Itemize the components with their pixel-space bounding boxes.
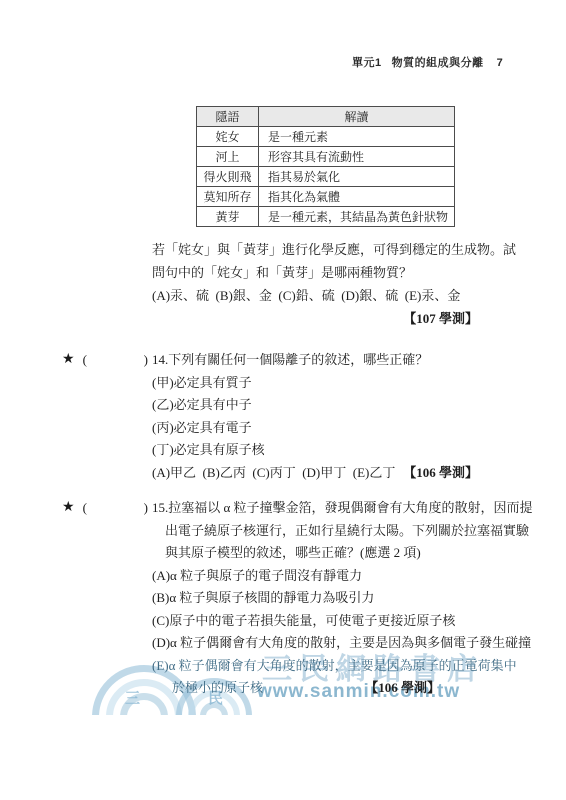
table-row: 河上 形容其具有流動性 xyxy=(197,147,455,167)
open-paren: ( xyxy=(83,349,87,372)
q15-option-c: (C)原子中的電子若損失能量，可使電子更接近原子核 xyxy=(152,610,506,633)
q15-option-e-line1: (E)α 粒子偶爾會有大角度的散射，主要是因為原子的正電荷集中 xyxy=(152,655,506,678)
table-row: 莫知所存 指其化為氣體 xyxy=(197,187,455,207)
q15-option-d: (D)α 粒子偶爾會有大角度的散射，主要是因為與多個電子發生碰撞 xyxy=(152,632,506,655)
logo-char-1b: 三 xyxy=(125,687,140,708)
star-icon: ★ xyxy=(62,497,75,520)
table-row: 得火則飛 指其易於氣化 xyxy=(197,167,455,187)
chapter-title: 物質的組成與分離 xyxy=(392,54,484,70)
open-paren: ( xyxy=(83,497,87,520)
q15-number: 15. xyxy=(152,500,168,515)
table-header-row: 隱語 解讀 xyxy=(197,107,455,127)
riddle-meaning: 是一種元素，其結晶為黃色針狀物 xyxy=(258,207,454,227)
riddle-meaning: 指其易於氣化 xyxy=(258,167,454,187)
q14-item-3: (丙)必定具有電子 xyxy=(152,417,478,440)
q14-item-4: (丁)必定具有原子核 xyxy=(152,439,478,462)
close-paren: ) xyxy=(144,497,148,520)
q14-options: (A)甲乙 (B)乙丙 (C)丙丁 (D)甲丁 (E)乙丁 xyxy=(152,462,395,485)
close-paren: ) xyxy=(144,349,148,372)
q14-number: 14. xyxy=(152,352,168,367)
q15-answer-blank: ★ ( ) xyxy=(62,497,148,520)
q15-answer-parens: ( ) xyxy=(83,497,148,520)
q13-source-tag: 【107 學測】 xyxy=(403,311,478,326)
column-header-meaning: 解讀 xyxy=(258,107,454,127)
q14-answer-parens: ( ) xyxy=(83,349,148,372)
question-15-block: 15.拉塞福以 α 粒子撞擊金箔，發現偶爾會有大角度的散射，因而提 出電子繞原子… xyxy=(152,497,506,700)
table-row: 黃芽 是一種元素，其結晶為黃色針狀物 xyxy=(197,207,455,227)
riddle-meaning: 形容其具有流動性 xyxy=(258,147,454,167)
q14-stem: 14.下列有關任何一個陽離子的敘述，哪些正確？ xyxy=(152,349,478,372)
q15-source-tag: 【106 學測】 xyxy=(365,677,440,700)
q15-stem-line1: 15.拉塞福以 α 粒子撞擊金箔，發現偶爾會有大角度的散射，因而提 xyxy=(152,497,506,520)
q15-stem-line2: 出電子繞原子核運行，正如行星繞行太陽。下列關於拉塞福實驗 xyxy=(152,520,506,543)
table-row: 姹女 是一種元素 xyxy=(197,127,455,147)
q15-option-b: (B)α 粒子與原子核間的靜電力為吸引力 xyxy=(152,587,506,610)
star-icon: ★ xyxy=(62,349,75,372)
q13-options: (A)汞、硫 (B)銀、金 (C)鉛、硫 (D)銀、硫 (E)汞、金 xyxy=(152,284,478,307)
question-13-block: 若「姹女」與「黃芽」進行化學反應，可得到穩定的生成物。試 問句中的「姹女」和「黃… xyxy=(152,238,478,330)
riddle-meaning: 指其化為氣體 xyxy=(258,187,454,207)
q15-option-a: (A)α 粒子與原子的電子間沒有靜電力 xyxy=(152,565,506,588)
q13-stem-line1: 若「姹女」與「黃芽」進行化學反應，可得到穩定的生成物。試 xyxy=(152,238,478,261)
riddle-term: 姹女 xyxy=(197,127,259,147)
book-page: 三 民 三 三民網路書店 www.sanmin.com.tw 單元1 物質的組成… xyxy=(0,0,566,800)
q15-stem-line3: 與其原子模型的敘述，哪些正確？(應選 2 項) xyxy=(152,542,506,565)
riddle-term: 黃芽 xyxy=(197,207,259,227)
riddle-table: 隱語 解讀 姹女 是一種元素 河上 形容其具有流動性 得火則飛 指其易於氣化 莫… xyxy=(196,106,455,227)
page-number: 7 xyxy=(497,57,504,69)
column-header-riddle: 隱語 xyxy=(197,107,259,127)
unit-label: 單元1 xyxy=(352,54,382,70)
q14-source-tag: 【106 學測】 xyxy=(403,462,478,485)
riddle-meaning: 是一種元素 xyxy=(258,127,454,147)
page-header: 單元1 物質的組成與分離 7 xyxy=(352,54,503,70)
riddle-term: 莫知所存 xyxy=(197,187,259,207)
q13-stem-line2: 問句中的「姹女」和「黃芽」是哪兩種物質？ xyxy=(152,261,478,284)
q14-item-1: (甲)必定具有質子 xyxy=(152,372,478,395)
question-14-block: 14.下列有關任何一個陽離子的敘述，哪些正確？ (甲)必定具有質子 (乙)必定具… xyxy=(152,349,478,484)
q15-option-e-line2: 於極小的原子核 xyxy=(152,677,263,700)
q14-answer-blank: ★ ( ) xyxy=(62,349,148,372)
q14-item-2: (乙)必定具有中子 xyxy=(152,394,478,417)
riddle-term: 得火則飛 xyxy=(197,167,259,187)
riddle-term: 河上 xyxy=(197,147,259,167)
